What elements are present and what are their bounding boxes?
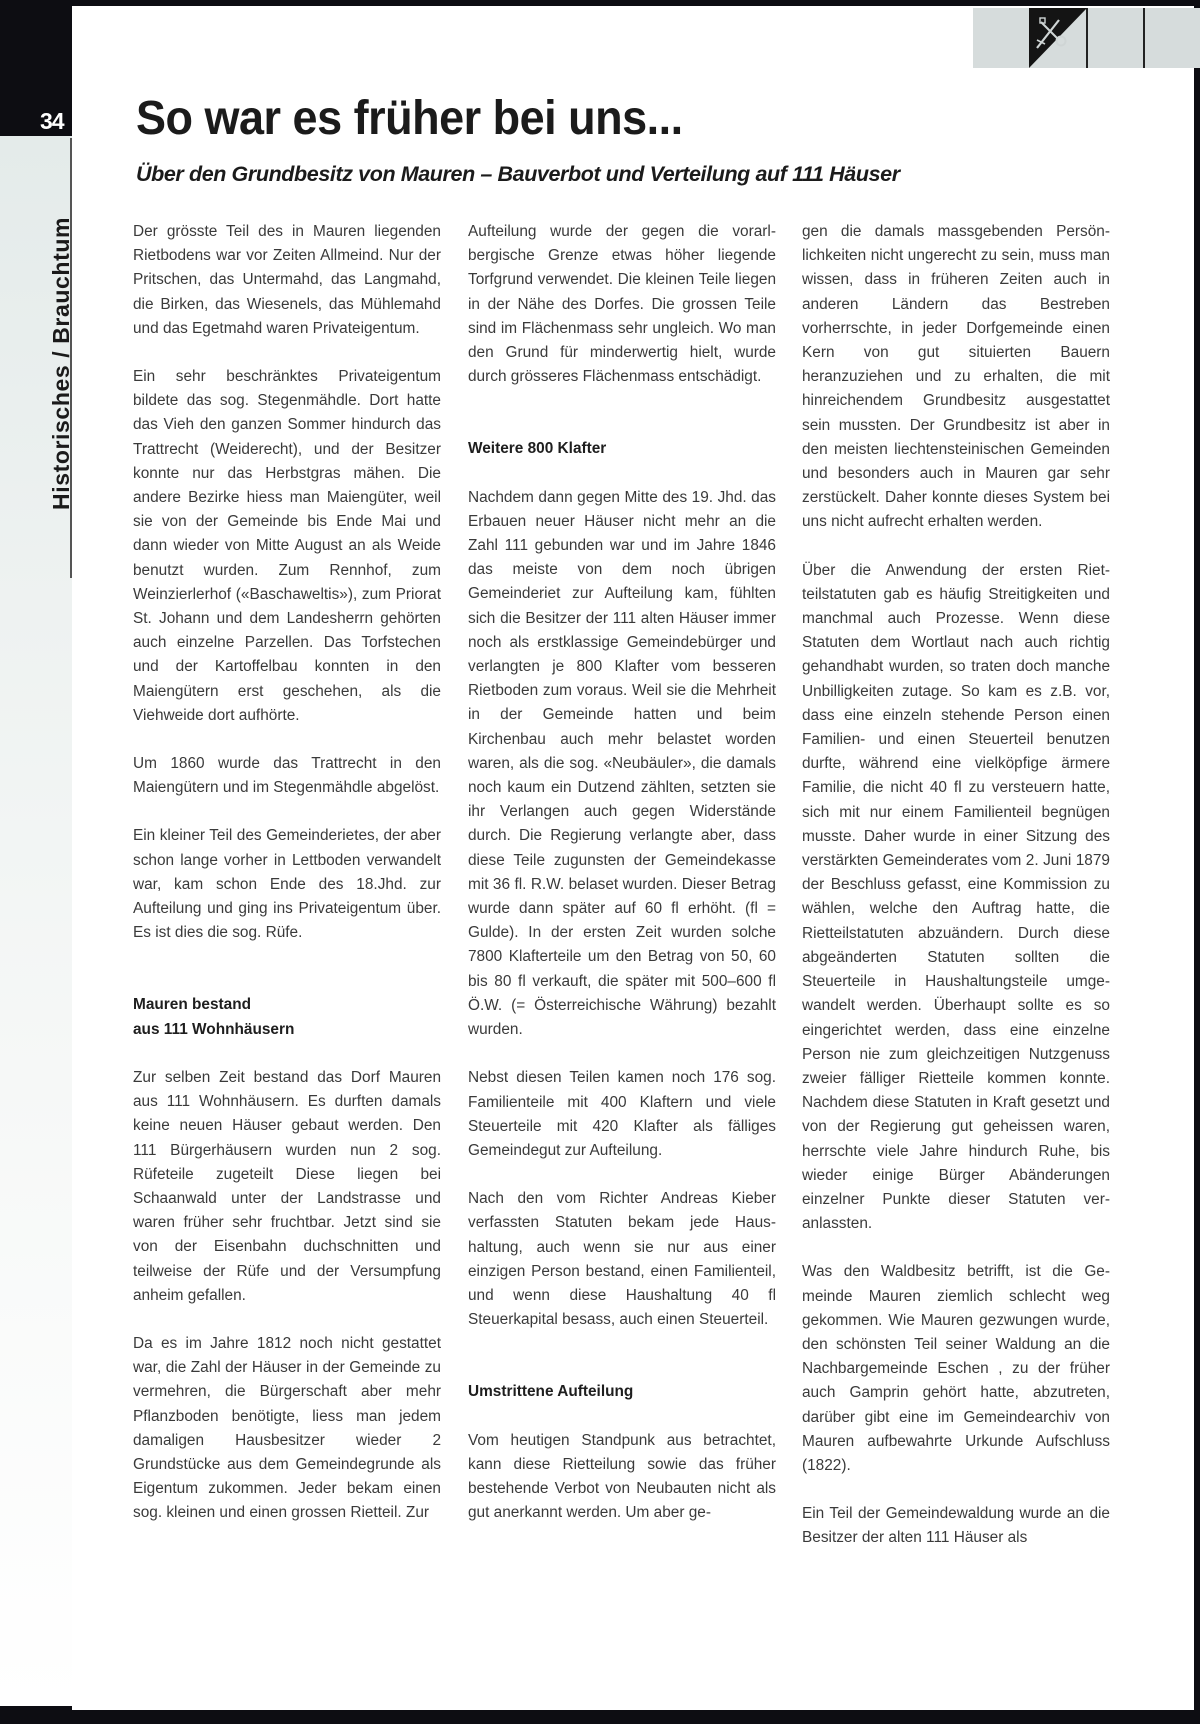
coat-of-arms-badge [973,8,1200,68]
crossed-keys-sword-icon [1029,8,1087,68]
text-column-2: Aufteilung wurde der gegen die vorarl­be… [468,220,776,1549]
text-column-3: gen die damals massgebenden Persön­lichk… [802,220,1110,1575]
section-heading: Umstrittene Aufteilung [468,1380,776,1404]
badge-cell-emblem [1029,8,1088,68]
badge-cell-blank [973,8,1029,68]
article-title: So war es früher bei uns... [136,90,683,146]
text-column-1: Der grösste Teil des in Mauren liegenden… [133,220,441,1550]
paragraph: Ein sehr beschränktes Privateigentum bil… [133,365,441,728]
paragraph: Nachdem dann gegen Mitte des 19. Jhd. da… [468,486,776,1043]
paragraph: Nach den vom Richter Andreas Kieber verf… [468,1187,776,1332]
paragraph: Der grösste Teil des in Mauren liegenden… [133,220,441,341]
section-label: Historisches / Brauchtum [48,217,75,510]
paragraph: Ein Teil der Gemeindewaldung wurde an di… [802,1502,1110,1550]
paragraph: gen die damals massgebenden Persön­lichk… [802,220,1110,535]
paragraph: Da es im Jahre 1812 noch nicht ge­statte… [133,1332,441,1526]
article-subtitle: Über den Grundbesitz von Mauren – Bauver… [136,162,900,187]
paragraph: Vom heutigen Standpunk aus betrachtet, k… [468,1429,776,1526]
heading-line: aus 111 Wohnhäusern [133,1021,294,1038]
paragraph: Um 1860 wurde das Trattrecht in den Maie… [133,752,441,800]
badge-cell-blank [1145,8,1200,68]
paragraph: Ein kleiner Teil des Gemeinderietes, der… [133,824,441,945]
paragraph: Was den Waldbesitz betrifft, ist die Ge­… [802,1260,1110,1478]
badge-cell-blank [1088,8,1146,68]
page-number: 34 [40,108,64,135]
section-heading: Mauren bestand aus 111 Wohnhäusern [133,993,441,1041]
paragraph: Aufteilung wurde der gegen die vorarl­be… [468,220,776,389]
heading-line: Mauren bestand [133,996,251,1013]
paragraph: Zur selben Zeit bestand das Dorf Mauren … [133,1066,441,1308]
paragraph: Nebst diesen Teilen kamen noch 176 sog. … [468,1066,776,1163]
paragraph: Über die Anwendung der ersten Riet­teils… [802,559,1110,1237]
section-heading: Weitere 800 Klafter [468,437,776,461]
